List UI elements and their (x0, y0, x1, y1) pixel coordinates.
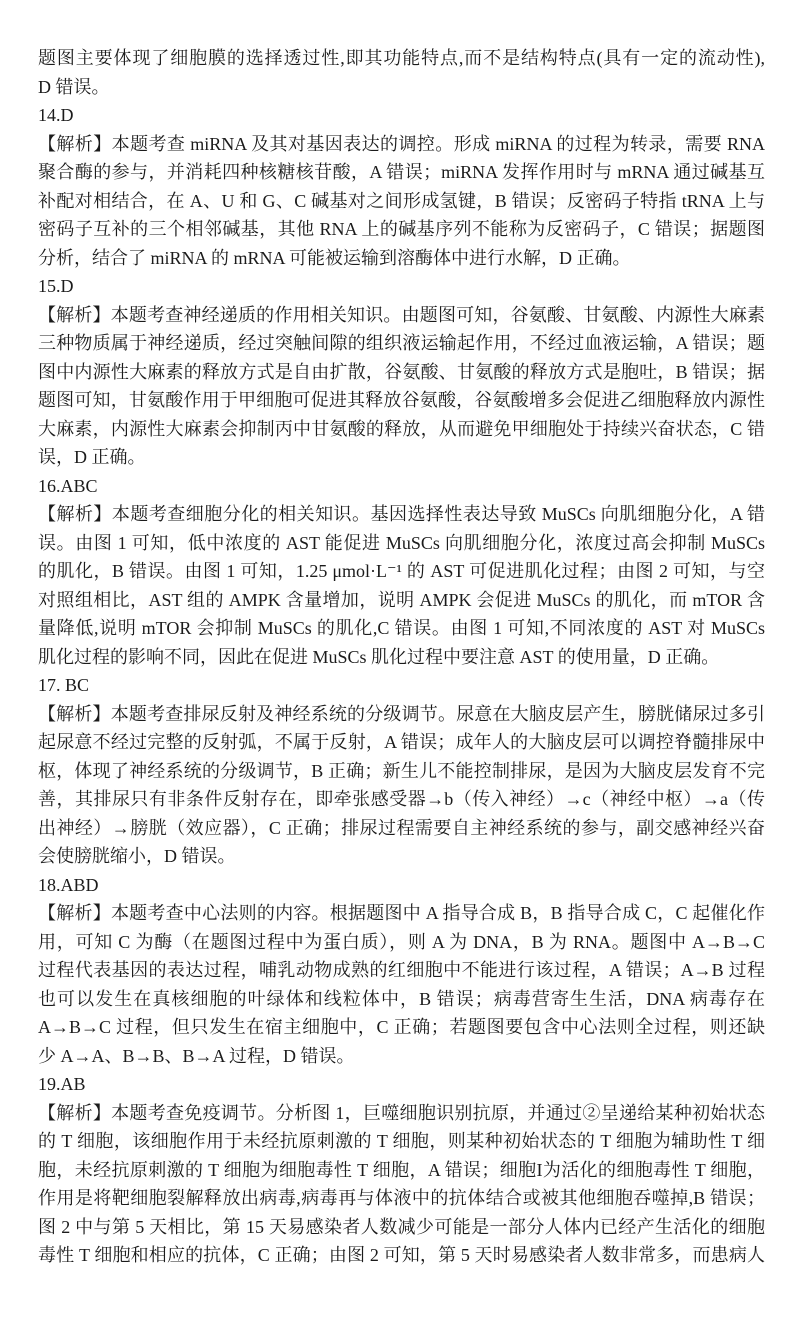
explanation-17-line-4: 善，其排尿只有非条件反射存在，即牵张感受器→b（传入神经）→c（神经中枢）→a（… (38, 785, 765, 814)
answer-14: 14.D (38, 101, 765, 130)
explanation-19-line-3: 胞，未经抗原刺激的 T 细胞为细胞毒性 T 细胞，A 错误；细胞I为活化的细胞毒… (38, 1156, 765, 1185)
explanation-16-line-6: 肌化过程的影响不同，因此在促进 MuSCs 肌化过程中要注意 AST 的使用量，… (38, 643, 765, 672)
explanation-15-line-3: 图中内源性大麻素的释放方式是自由扩散，谷氨酸、甘氨酸的释放方式是胞吐，B 错误；… (38, 358, 765, 387)
explanation-16-line-3: 的肌化，B 错误。由图 1 可知，1.25 μmol·L⁻¹ 的 AST 可促进… (38, 557, 765, 586)
explanation-16-line-5: 量降低,说明 mTOR 会抑制 MuSCs 的肌化,C 错误。由图 1 可知,不… (38, 614, 765, 643)
answer-18: 18.ABD (38, 871, 765, 900)
explanation-18-line-1: 【解析】本题考查中心法则的内容。根据题图中 A 指导合成 B，B 指导合成 C，… (38, 899, 765, 928)
explanation-14-line-3: 补配对相结合，在 A、U 和 G、C 碱基对之间形成氢键，B 错误；反密码子特指… (38, 187, 765, 216)
explanation-17-line-5: 出神经）→膀胱（效应器），C 正确；排尿过程需要自主神经系统的参与，副交感神经兴… (38, 814, 765, 843)
explanation-15-line-5: 大麻素，内源性大麻素会抑制丙中甘氨酸的释放，从而避免甲细胞处于持续兴奋状态，C … (38, 415, 765, 444)
explanation-19-line-6: 毒性 T 细胞和相应的抗体，C 正确；由图 2 可知，第 5 天时易感染者人数非… (38, 1241, 765, 1270)
explanation-16-line-1: 【解析】本题考查细胞分化的相关知识。基因选择性表达导致 MuSCs 向肌细胞分化… (38, 500, 765, 529)
explanation-15-line-2: 三种物质属于神经递质，经过突触间隙的组织液运输起作用，不经过血液运输，A 错误；… (38, 329, 765, 358)
explanation-14-line-5: 分析，结合了 miRNA 的 mRNA 可能被运输到溶酶体中进行水解，D 正确。 (38, 244, 765, 273)
answer-key-page: 题图主要体现了细胞膜的选择透过性,即其功能特点,而不是结构特点(具有一定的流动性… (0, 0, 800, 1324)
explanation-19-line-4: 作用是将靶细胞裂解释放出病毒,病毒再与体液中的抗体结合或被其他细胞吞噬掉,B 错… (38, 1184, 765, 1213)
explanation-16-line-4: 对照组相比，AST 组的 AMPK 含量增加，说明 AMPK 会促进 MuSCs… (38, 586, 765, 615)
answer-15: 15.D (38, 272, 765, 301)
explanation-15-line-4: 题图可知，甘氨酸作用于甲细胞可促进其释放谷氨酸，谷氨酸增多会促进乙细胞释放内源性 (38, 386, 765, 415)
answer-16: 16.ABC (38, 472, 765, 501)
explanation-19-line-5: 图 2 中与第 5 天相比，第 15 天易感染者人数减少可能是一部分人体内已经产… (38, 1213, 765, 1242)
answer-17: 17. BC (38, 671, 765, 700)
explanation-18-line-3: 过程代表基因的表达过程，哺乳动物成熟的红细胞中不能进行该过程，A 错误；A→B … (38, 956, 765, 985)
explanation-15-line-1: 【解析】本题考查神经递质的作用相关知识。由题图可知，谷氨酸、甘氨酸、内源性大麻素 (38, 301, 765, 330)
explanation-17-line-6: 会使膀胱缩小，D 错误。 (38, 842, 765, 871)
explanation-16-line-2: 误。由图 1 可知，低中浓度的 AST 能促进 MuSCs 向肌细胞分化，浓度过… (38, 529, 765, 558)
explanation-19-line-1: 【解析】本题考查免疫调节。分析图 1，巨噬细胞识别抗原，并通过②呈递给某种初始状… (38, 1099, 765, 1128)
explanation-15-line-6: 误，D 正确。 (38, 443, 765, 472)
explanation-18-line-4: 也可以发生在真核细胞的叶绿体和线粒体中，B 错误；病毒营寄生生活，DNA 病毒存… (38, 985, 765, 1014)
prev-answer-tail-line-2: D 错误。 (38, 73, 765, 102)
explanation-14-line-1: 【解析】本题考查 miRNA 及其对基因表达的调控。形成 miRNA 的过程为转… (38, 130, 765, 159)
explanation-17-line-1: 【解析】本题考查排尿反射及神经系统的分级调节。尿意在大脑皮层产生，膀胱储尿过多引 (38, 700, 765, 729)
explanation-17-line-3: 枢，体现了神经系统的分级调节，B 正确；新生儿不能控制排尿，是因为大脑皮层发育不… (38, 757, 765, 786)
explanation-18-line-5: A→B→C 过程，但只发生在宿主细胞中，C 正确；若题图要包含中心法则全过程，则… (38, 1013, 765, 1042)
explanation-14-line-4: 密码子互补的三个相邻碱基，其他 RNA 上的碱基序列不能称为反密码子，C 错误；… (38, 215, 765, 244)
document-text: 题图主要体现了细胞膜的选择透过性,即其功能特点,而不是结构特点(具有一定的流动性… (38, 44, 765, 1270)
explanation-18-line-2: 用，可知 C 为酶（在题图过程中为蛋白质），则 A 为 DNA，B 为 RNA。… (38, 928, 765, 957)
explanation-14-line-2: 聚合酶的参与，并消耗四种核糖核苷酸，A 错误；miRNA 发挥作用时与 mRNA… (38, 158, 765, 187)
explanation-17-line-2: 起尿意不经过完整的反射弧，不属于反射，A 错误；成年人的大脑皮层可以调控脊髓排尿… (38, 728, 765, 757)
explanation-18-line-6: 少 A→A、B→B、B→A 过程，D 错误。 (38, 1042, 765, 1071)
prev-answer-tail-line-1: 题图主要体现了细胞膜的选择透过性,即其功能特点,而不是结构特点(具有一定的流动性… (38, 44, 765, 73)
explanation-19-line-2: 的 T 细胞，该细胞作用于未经抗原刺激的 T 细胞，则某种初始状态的 T 细胞为… (38, 1127, 765, 1156)
answer-19: 19.AB (38, 1070, 765, 1099)
